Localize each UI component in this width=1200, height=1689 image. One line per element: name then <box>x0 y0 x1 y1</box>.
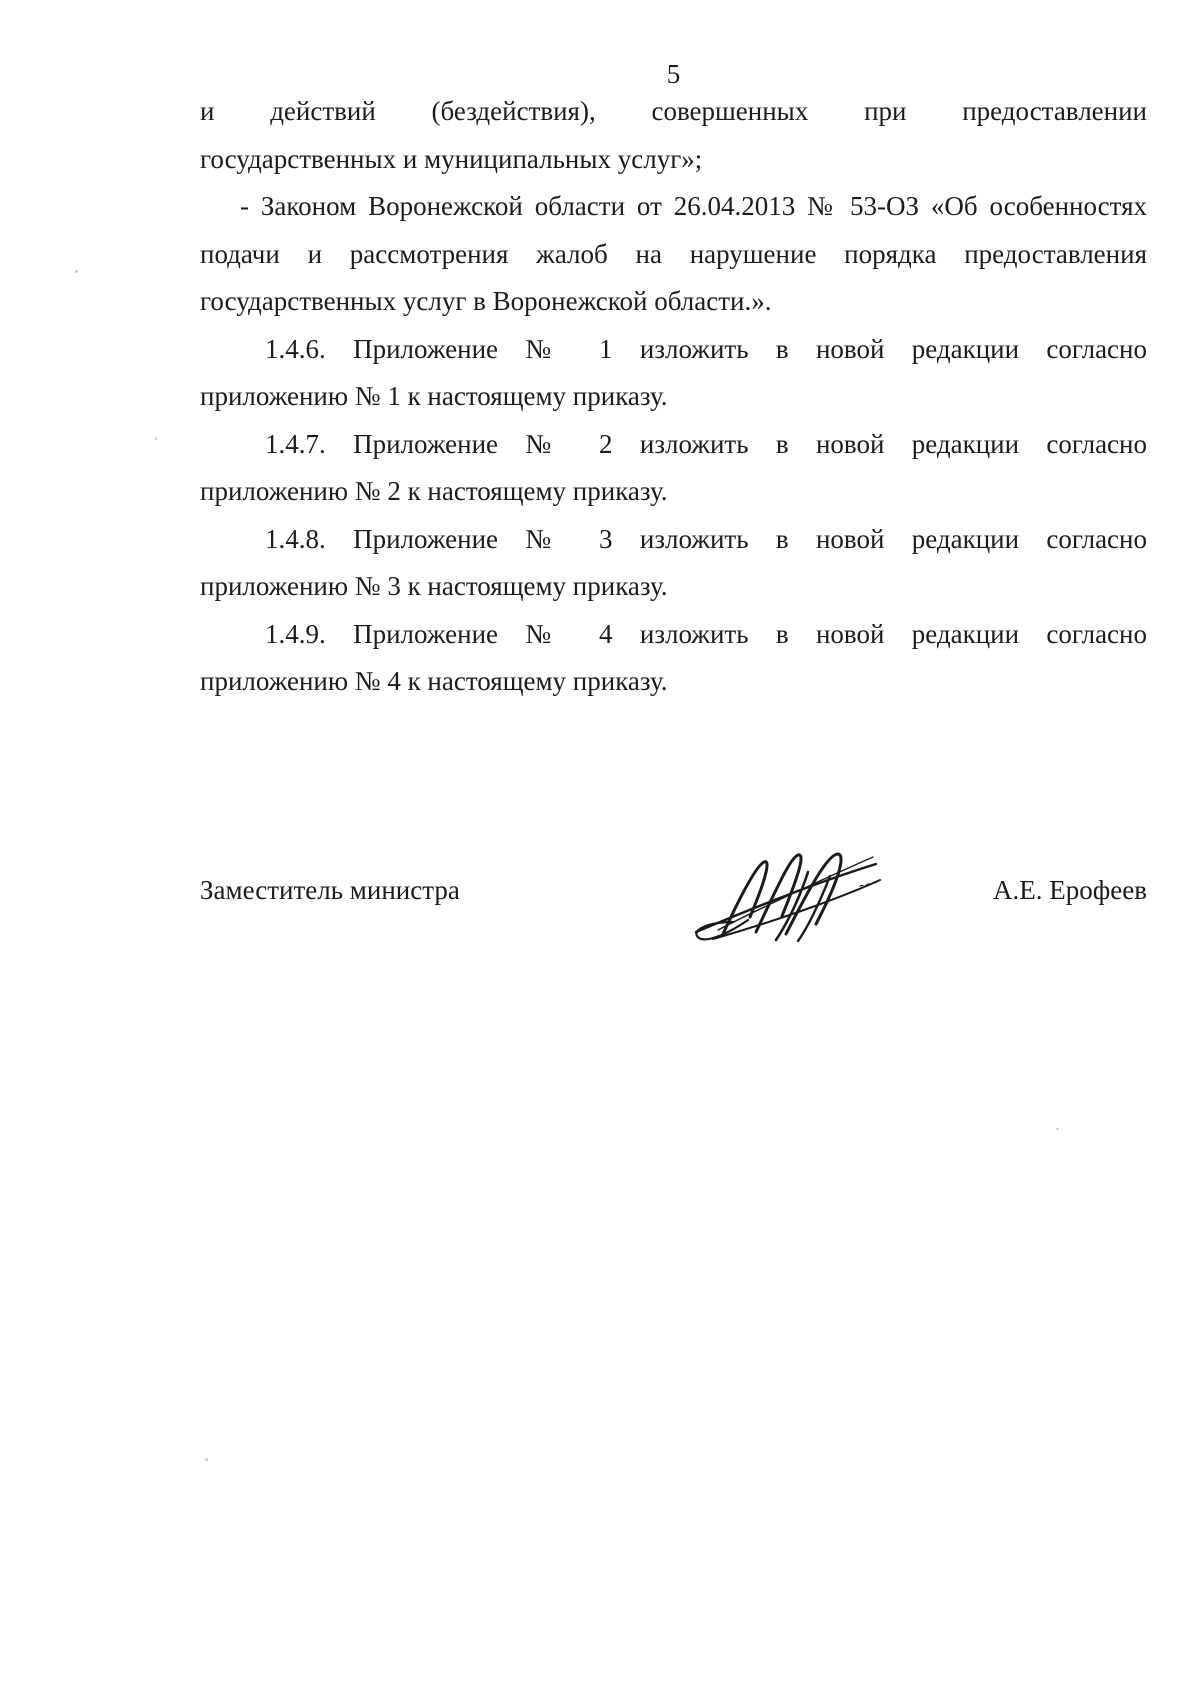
paragraph-line: государственных и муниципальных услуг»; <box>200 136 1147 184</box>
scan-speck <box>155 437 157 440</box>
clause-1-4-6-line: 1.4.6. Приложение № 1 изложить в новой р… <box>200 326 1147 374</box>
clause-1-4-9-line: 1.4.9. Приложение № 4 изложить в новой р… <box>200 611 1147 659</box>
signature-icon <box>688 842 883 942</box>
paragraph-line: подачи и рассмотрения жалоб на нарушение… <box>200 231 1147 279</box>
paragraph-line: государственных услуг в Воронежской обла… <box>200 278 1147 326</box>
document-body: и действий (бездействия), совершенных пр… <box>200 88 1147 706</box>
clause-1-4-7-line: 1.4.7. Приложение № 2 изложить в новой р… <box>200 421 1147 469</box>
scan-speck <box>205 1458 208 1461</box>
scan-speck <box>75 270 78 273</box>
scan-speck <box>1056 1128 1059 1130</box>
clause-1-4-9-line: приложению № 4 к настоящему приказу. <box>200 658 1147 706</box>
signer-position-title: Заместитель министра <box>200 876 460 904</box>
signer-name: А.Е. Ерофеев <box>993 876 1147 904</box>
clause-1-4-8-line: 1.4.8. Приложение № 3 изложить в новой р… <box>200 516 1147 564</box>
clause-1-4-7-line: приложению № 2 к настоящему приказу. <box>200 468 1147 516</box>
paragraph-line: и действий (бездействия), совершенных пр… <box>200 88 1147 136</box>
page-number: 5 <box>200 58 1147 90</box>
clause-1-4-8-line: приложению № 3 к настоящему приказу. <box>200 563 1147 611</box>
document-page: 5 и действий (бездействия), совершенных … <box>0 0 1200 1689</box>
clause-1-4-6-line: приложению № 1 к настоящему приказу. <box>200 373 1147 421</box>
paragraph-line: - Законом Воронежской области от 26.04.2… <box>200 183 1147 231</box>
